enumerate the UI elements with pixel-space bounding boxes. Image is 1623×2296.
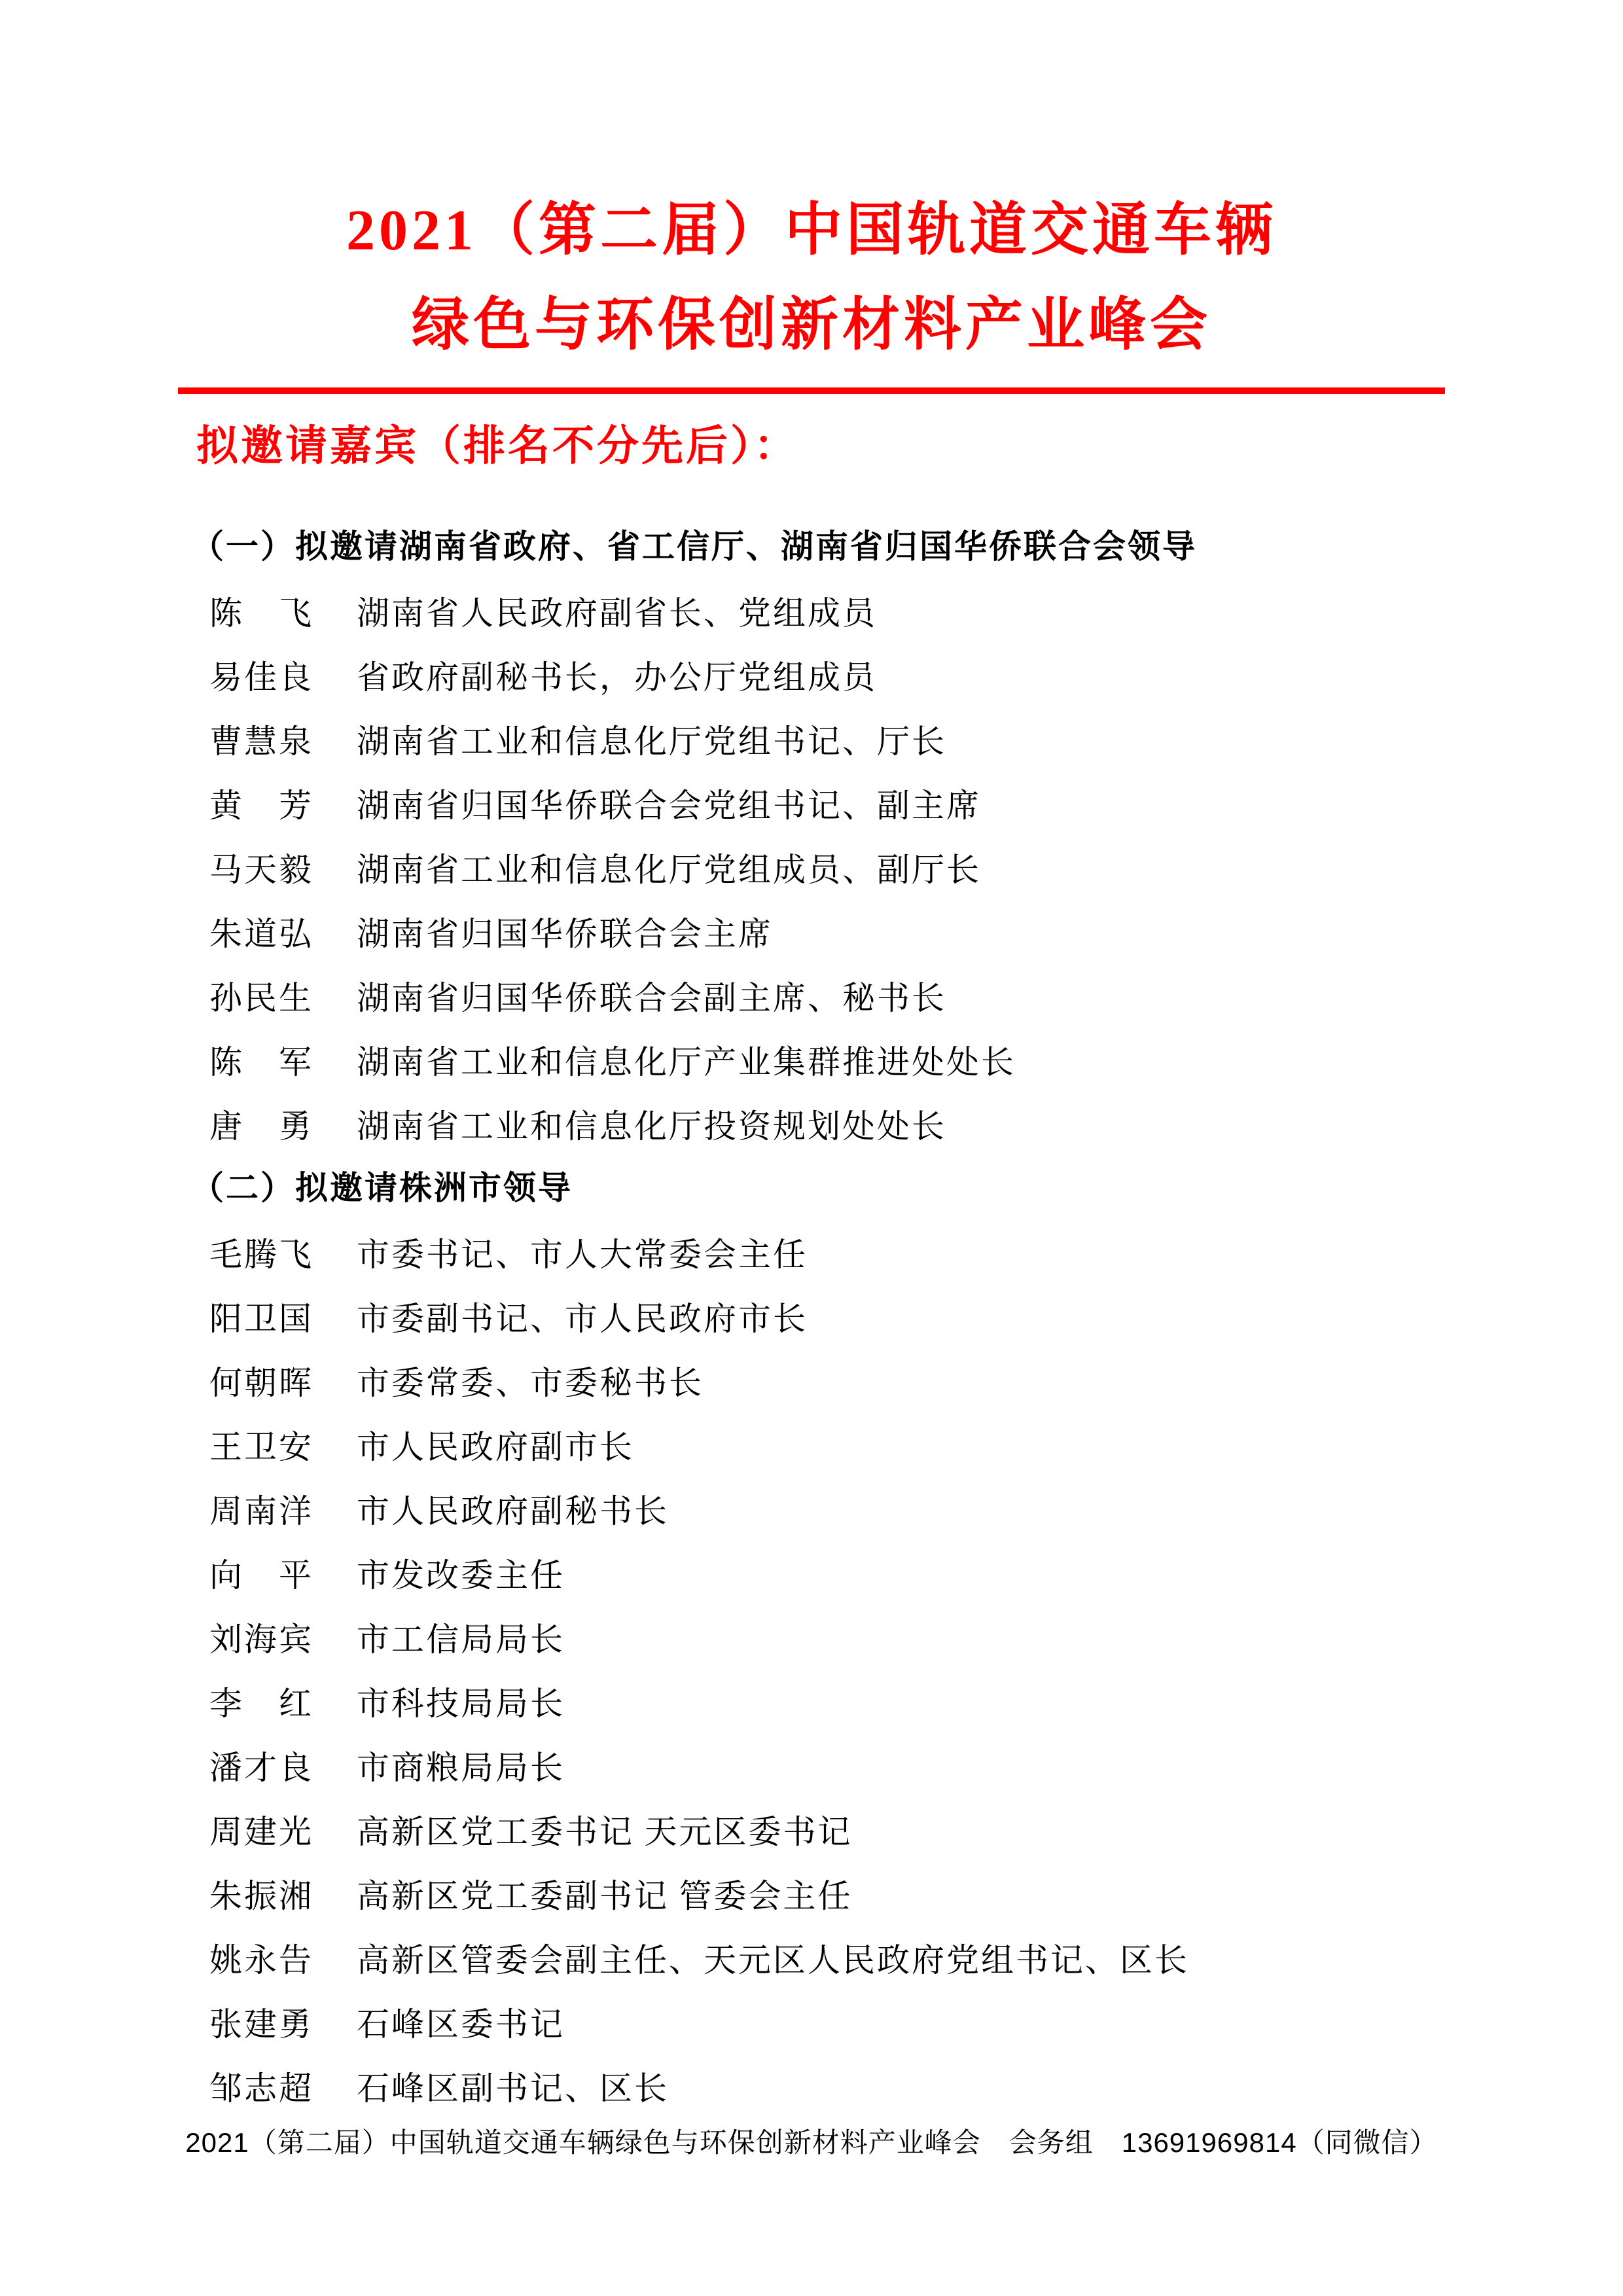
guest-row: 刘海宾 市工信局局长 (0, 1605, 1623, 1669)
guest-name: 何朝晖 (209, 1357, 357, 1404)
guest-title: 湖南省工业和信息化厅党组书记、厅长 (357, 715, 1623, 762)
guest-section: （一）拟邀请湖南省政府、省工信厅、湖南省归国华侨联合会领导 陈 飞 湖南省人民政… (0, 514, 1623, 1156)
guest-sections: （一）拟邀请湖南省政府、省工信厅、湖南省归国华侨联合会领导 陈 飞 湖南省人民政… (0, 514, 1623, 2118)
guest-name: 邹志超 (209, 2062, 357, 2109)
title-line-2: 绿色与环保创新材料产业峰会 (0, 278, 1623, 373)
guest-row: 姚永告 高新区管委会副主任、天元区人民政府党组书记、区长 (0, 1926, 1623, 1990)
guest-row: 周建光 高新区党工委书记 天元区委书记 (0, 1797, 1623, 1861)
guest-name: 黄 芳 (209, 780, 357, 827)
guest-title: 高新区党工委副书记 管委会主任 (357, 1870, 1623, 1917)
guest-list-subtitle: 拟邀请嘉宾（排名不分先后）： (0, 422, 1623, 471)
guest-row: 朱道弘 湖南省归国华侨联合会主席 (0, 899, 1623, 963)
guest-name: 姚永告 (209, 1934, 357, 1981)
guest-title: 市工信局局长 (357, 1613, 1623, 1660)
title-line-1: 2021（第二届）中国轨道交通车辆 (0, 183, 1623, 278)
guest-row: 向 平 市发改委主任 (0, 1541, 1623, 1605)
guest-name: 向 平 (209, 1549, 357, 1596)
guest-name: 朱道弘 (209, 908, 357, 955)
guest-title: 市发改委主任 (357, 1549, 1623, 1596)
guest-title: 高新区管委会副主任、天元区人民政府党组书记、区长 (357, 1934, 1623, 1981)
guest-name: 张建勇 (209, 1998, 357, 2045)
section-entries: 陈 飞 湖南省人民政府副省长、党组成员 易佳良 省政府副秘书长，办公厅党组成员 … (0, 579, 1623, 1156)
guest-title: 湖南省工业和信息化厅产业集群推进处处长 (357, 1036, 1623, 1083)
guest-title: 湖南省工业和信息化厅党组成员、副厅长 (357, 844, 1623, 891)
guest-title: 省政府副秘书长，办公厅党组成员 (357, 651, 1623, 698)
guest-name: 朱振湘 (209, 1870, 357, 1917)
guest-row: 黄 芳 湖南省归国华侨联合会党组书记、副主席 (0, 771, 1623, 835)
guest-name: 刘海宾 (209, 1613, 357, 1660)
guest-title: 湖南省归国华侨联合会党组书记、副主席 (357, 780, 1623, 827)
guest-title: 市科技局局长 (357, 1677, 1623, 1725)
guest-title: 市委常委、市委秘书长 (357, 1357, 1623, 1404)
guest-name: 曹慧泉 (209, 715, 357, 762)
guest-title: 高新区党工委书记 天元区委书记 (357, 1806, 1623, 1853)
guest-name: 王卫安 (209, 1421, 357, 1468)
guest-name: 易佳良 (209, 651, 357, 698)
guest-row: 朱振湘 高新区党工委副书记 管委会主任 (0, 1861, 1623, 1926)
guest-name: 孙民生 (209, 972, 357, 1019)
guest-row: 王卫安 市人民政府副市长 (0, 1412, 1623, 1477)
guest-title: 湖南省工业和信息化厅投资规划处处长 (357, 1100, 1623, 1147)
guest-row: 李 红 市科技局局长 (0, 1669, 1623, 1733)
guest-title: 市委书记、市人大常委会主任 (357, 1229, 1623, 1276)
guest-name: 陈 飞 (209, 587, 357, 634)
guest-row: 唐 勇 湖南省工业和信息化厅投资规划处处长 (0, 1092, 1623, 1156)
guest-title: 湖南省人民政府副省长、党组成员 (357, 587, 1623, 634)
guest-row: 陈 飞 湖南省人民政府副省长、党组成员 (0, 579, 1623, 643)
guest-title: 石峰区委书记 (357, 1998, 1623, 2045)
section-entries: 毛腾飞 市委书记、市人大常委会主任 阳卫国 市委副书记、市人民政府市长 何朝晖 … (0, 1220, 1623, 2118)
guest-name: 陈 军 (209, 1036, 357, 1083)
guest-row: 阳卫国 市委副书记、市人民政府市长 (0, 1284, 1623, 1348)
title-underline-rule (178, 387, 1445, 394)
guest-name: 周建光 (209, 1806, 357, 1853)
guest-row: 周南洋 市人民政府副秘书长 (0, 1477, 1623, 1541)
guest-title: 市委副书记、市人民政府市长 (357, 1293, 1623, 1340)
guest-row: 易佳良 省政府副秘书长，办公厅党组成员 (0, 643, 1623, 707)
guest-row: 邹志超 石峰区副书记、区长 (0, 2054, 1623, 2118)
guest-row: 潘才良 市商粮局局长 (0, 1733, 1623, 1797)
guest-row: 何朝晖 市委常委、市委秘书长 (0, 1348, 1623, 1412)
guest-name: 唐 勇 (209, 1100, 357, 1147)
footer-contact-line: 2021（第二届）中国轨道交通车辆绿色与环保创新材料产业峰会 会务组 13691… (0, 2125, 1623, 2161)
guest-row: 曹慧泉 湖南省工业和信息化厅党组书记、厅长 (0, 707, 1623, 771)
guest-title: 市人民政府副秘书长 (357, 1485, 1623, 1532)
guest-name: 潘才良 (209, 1742, 357, 1789)
guest-row: 张建勇 石峰区委书记 (0, 1990, 1623, 2054)
guest-row: 马天毅 湖南省工业和信息化厅党组成员、副厅长 (0, 835, 1623, 899)
guest-name: 阳卫国 (209, 1293, 357, 1340)
guest-name: 毛腾飞 (209, 1229, 357, 1276)
guest-title: 湖南省归国华侨联合会主席 (357, 908, 1623, 955)
guest-name: 马天毅 (209, 844, 357, 891)
guest-title: 湖南省归国华侨联合会副主席、秘书长 (357, 972, 1623, 1019)
document-page: 2021（第二届）中国轨道交通车辆 绿色与环保创新材料产业峰会 拟邀请嘉宾（排名… (0, 0, 1623, 2296)
guest-row: 孙民生 湖南省归国华侨联合会副主席、秘书长 (0, 963, 1623, 1028)
guest-name: 周南洋 (209, 1485, 357, 1532)
guest-title: 市商粮局局长 (357, 1742, 1623, 1789)
guest-section: （二）拟邀请株洲市领导 毛腾飞 市委书记、市人大常委会主任 阳卫国 市委副书记、… (0, 1156, 1623, 2118)
section-heading: （一）拟邀请湖南省政府、省工信厅、湖南省归国华侨联合会领导 (0, 514, 1623, 579)
guest-row: 陈 军 湖南省工业和信息化厅产业集群推进处处长 (0, 1028, 1623, 1092)
guest-title: 市人民政府副市长 (357, 1421, 1623, 1468)
document-title: 2021（第二届）中国轨道交通车辆 绿色与环保创新材料产业峰会 (0, 183, 1623, 373)
guest-row: 毛腾飞 市委书记、市人大常委会主任 (0, 1220, 1623, 1284)
guest-name: 李 红 (209, 1677, 357, 1725)
guest-title: 石峰区副书记、区长 (357, 2062, 1623, 2109)
section-heading: （二）拟邀请株洲市领导 (0, 1156, 1623, 1220)
